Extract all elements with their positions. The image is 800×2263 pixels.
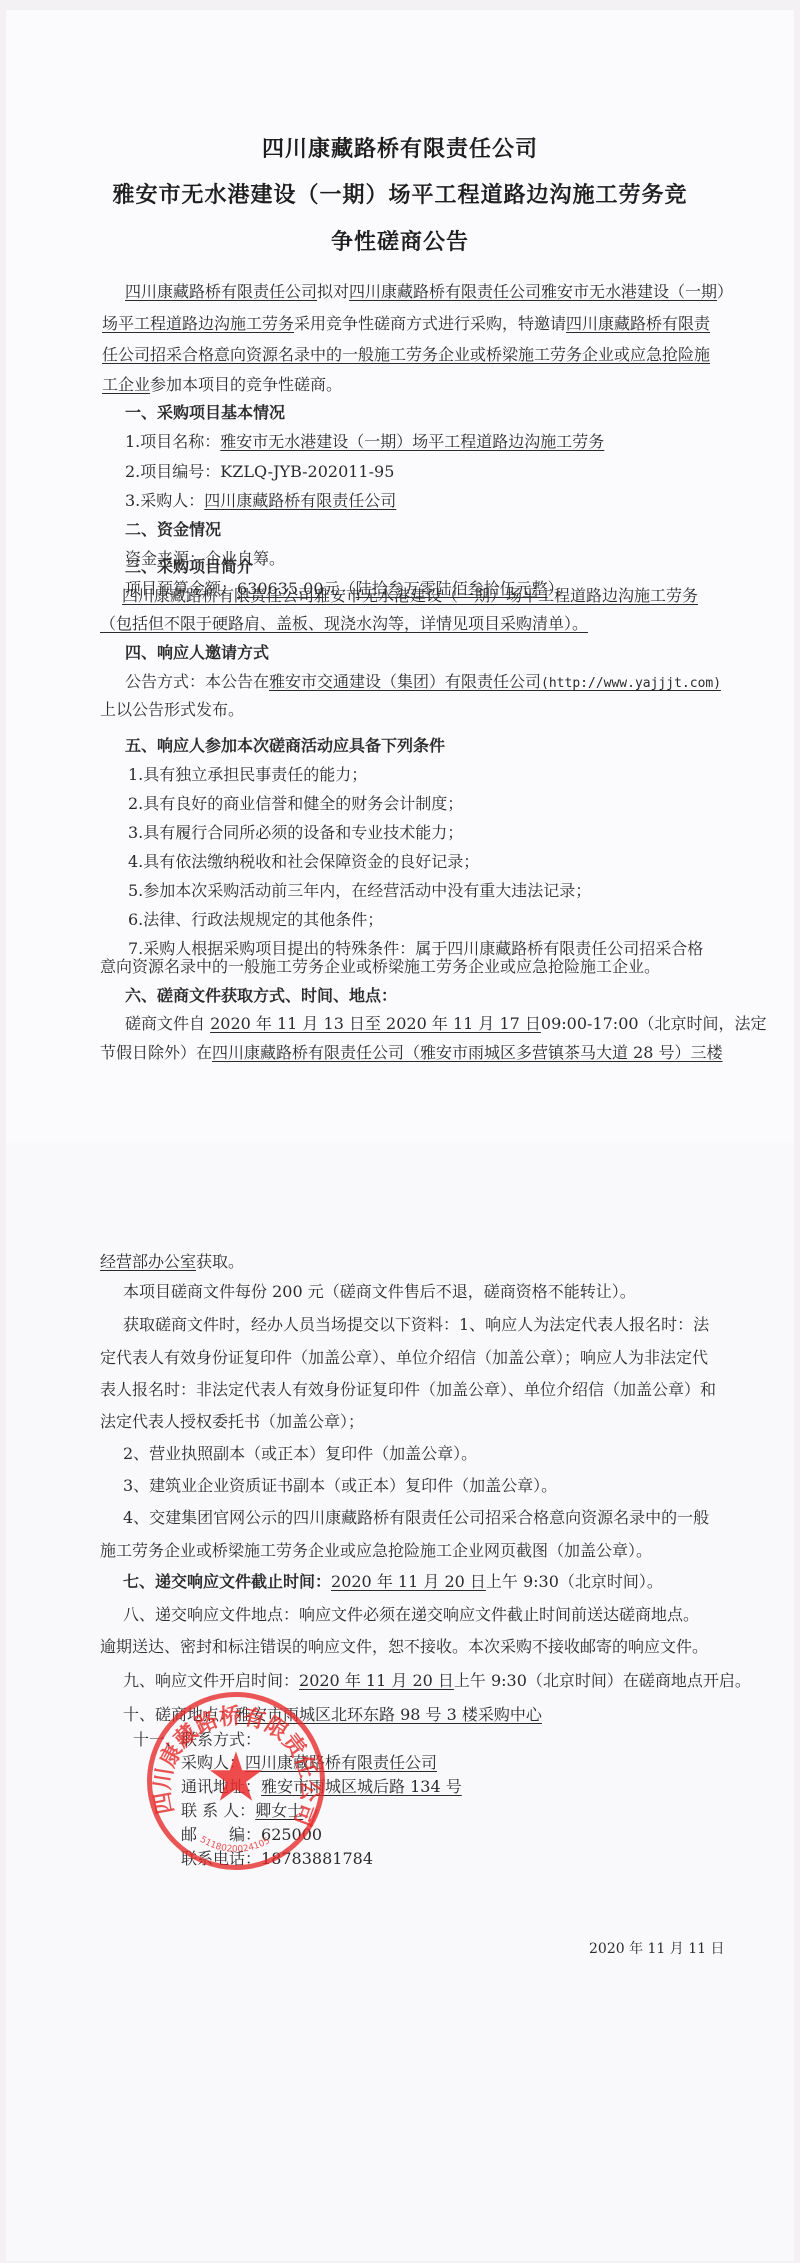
doc-period-line-3: 经营部办公室获取。 (100, 1252, 244, 1272)
group-website-link[interactable]: 雅安市交通建设（集团）有限责任公司 (269, 672, 541, 691)
submission-deadline: 七、递交响应文件截止时间：2020 年 11 月 20 日上午 9:30（北京时… (123, 1572, 663, 1592)
condition-item-5: 5.参加本次采购活动前三年内，在经营活动中没有重大违法记录； (128, 881, 591, 901)
intro-line-1: 四川康藏路桥有限责任公司拟对四川康藏路桥有限责任公司雅安市无水港建设（一期） (125, 282, 733, 302)
project-summary-line-1: 四川康藏路桥有限责任公司雅安市无水港建设（一期）场平工程道路边沟施工劳务 (122, 586, 698, 606)
required-docs-line-4: 法定代表人授权委托书（加盖公章）； (100, 1412, 364, 1432)
condition-item-6: 6.法律、行政法规规定的其他条件； (128, 910, 383, 930)
intro-line-2: 场平工程道路边沟施工劳务采用竞争性磋商方式进行采购，特邀请四川康藏路桥有限责 (102, 314, 710, 334)
required-doc-3: 3、建筑业企业资质证书副本（或正本）复印件（加盖公章）。 (123, 1476, 557, 1496)
doc-period-line-2: 节假日除外）在四川康藏路桥有限责任公司（雅安市雨城区多营镇茶马大道 28 号）三… (100, 1043, 723, 1063)
intro-line-4: 工企业参加本项目的竞争性磋商。 (102, 375, 342, 395)
required-doc-2: 2、营业执照副本（或正本）复印件（加盖公章）。 (123, 1444, 477, 1464)
condition-item-7-cont: 意向资源名录中的一般施工劳务企业或桥梁施工劳务企业或应急抢险施工企业。 (100, 957, 660, 977)
publication-method: 公告方式：本公告在雅安市交通建设（集团）有限责任公司(http://www.ya… (125, 672, 721, 694)
seal-star-icon: ★ (206, 1744, 267, 1812)
doc-fee: 本项目磋商文件每份 200 元（磋商文件售后不退，磋商资格不能转让）。 (123, 1282, 636, 1302)
section4-heading: 四、响应人邀请方式 (125, 643, 269, 663)
project-number: 2.项目编号：KZLQ-JYB-202011-95 (125, 462, 394, 482)
section6-heading: 六、磋商文件获取方式、时间、地点： (125, 986, 397, 1006)
submission-location-line-1: 八、递交响应文件地点：响应文件必须在递交响应文件截止时间前送达磋商地点。 (123, 1605, 699, 1625)
doc-period-line-1: 磋商文件自 2020 年 11 月 13 日至 2020 年 11 月 17 日… (125, 1014, 767, 1034)
scanned-page-2 (6, 1143, 794, 2261)
opening-time: 九、响应文件开启时间：2020 年 11 月 20 日上午 9:30（北京时间）… (123, 1671, 751, 1691)
notice-title-line2: 争性磋商公告 (0, 225, 800, 256)
publication-method-cont: 上以公告形式发布。 (100, 700, 244, 720)
submission-location-line-2: 逾期送达、密封和标注错误的响应文件，恕不接收。本次采购不接收邮寄的响应文件。 (100, 1637, 708, 1657)
required-docs-line-3: 表人报名时：非法定代表人有效身份证复印件（加盖公章）、单位介绍信（加盖公章）和 (100, 1380, 716, 1400)
intro-line-3: 任公司招采合格意向资源名录中的一般施工劳务企业或桥梁施工劳务企业或应急抢险施 (102, 345, 710, 365)
required-doc-4-line-1: 4、交建集团官网公示的四川康藏路桥有限责任公司招采合格意向资源名录中的一般 (123, 1508, 709, 1528)
website-url-link[interactable]: (http://www.yajjjt.com) (541, 676, 721, 691)
section2-heading: 二、资金情况 (125, 520, 221, 540)
notice-title-line1: 雅安市无水港建设（一期）场平工程道路边沟施工劳务竞 (0, 178, 800, 209)
required-docs-line-2: 定代表人有效身份证复印件（加盖公章）、单位介绍信（加盖公章）；响应人为非法定代 (100, 1348, 708, 1368)
signature-date: 2020 年 11 月 11 日 (589, 1939, 725, 1959)
project-summary-line-2: （包括但不限于硬路肩、盖板、现浇水沟等，详情见项目采购清单）。 (100, 614, 588, 634)
condition-item-4: 4.具有依法缴纳税收和社会保障资金的良好记录； (128, 852, 479, 872)
condition-item-7: 7.采购人根据采购项目提出的特殊条件：属于四川康藏路桥有限责任公司招采合格 (128, 939, 703, 959)
condition-item-2: 2.具有良好的商业信誉和健全的财务会计制度； (128, 794, 463, 814)
section3-heading: 三、采购项目简介 (125, 557, 253, 577)
required-doc-4-line-2: 施工劳务企业或桥梁施工劳务企业或应急抢险施工企业网页截图（加盖公章）。 (100, 1541, 652, 1561)
section1-heading: 一、采购项目基本情况 (125, 403, 285, 423)
company-seal-stamp: 四川康藏路桥有限责任公司 5118020024105 ★ (147, 1692, 325, 1870)
project-name: 1.项目名称：雅安市无水港建设（一期）场平工程道路边沟施工劳务 (125, 432, 604, 452)
svg-text:5118020024105: 5118020024105 (198, 1835, 272, 1855)
condition-item-1: 1.具有独立承担民事责任的能力； (128, 765, 367, 785)
company-title: 四川康藏路桥有限责任公司 (0, 132, 800, 163)
condition-item-3: 3.具有履行合同所必须的设备和专业技术能力； (128, 823, 463, 843)
required-docs-line-1: 获取磋商文件时，经办人员当场提交以下资料：1、响应人为法定代表人报名时：法 (123, 1315, 709, 1335)
section5-heading: 五、响应人参加本次磋商活动应具备下列条件 (125, 736, 445, 756)
purchaser: 3.采购人：四川康藏路桥有限责任公司 (125, 491, 396, 511)
